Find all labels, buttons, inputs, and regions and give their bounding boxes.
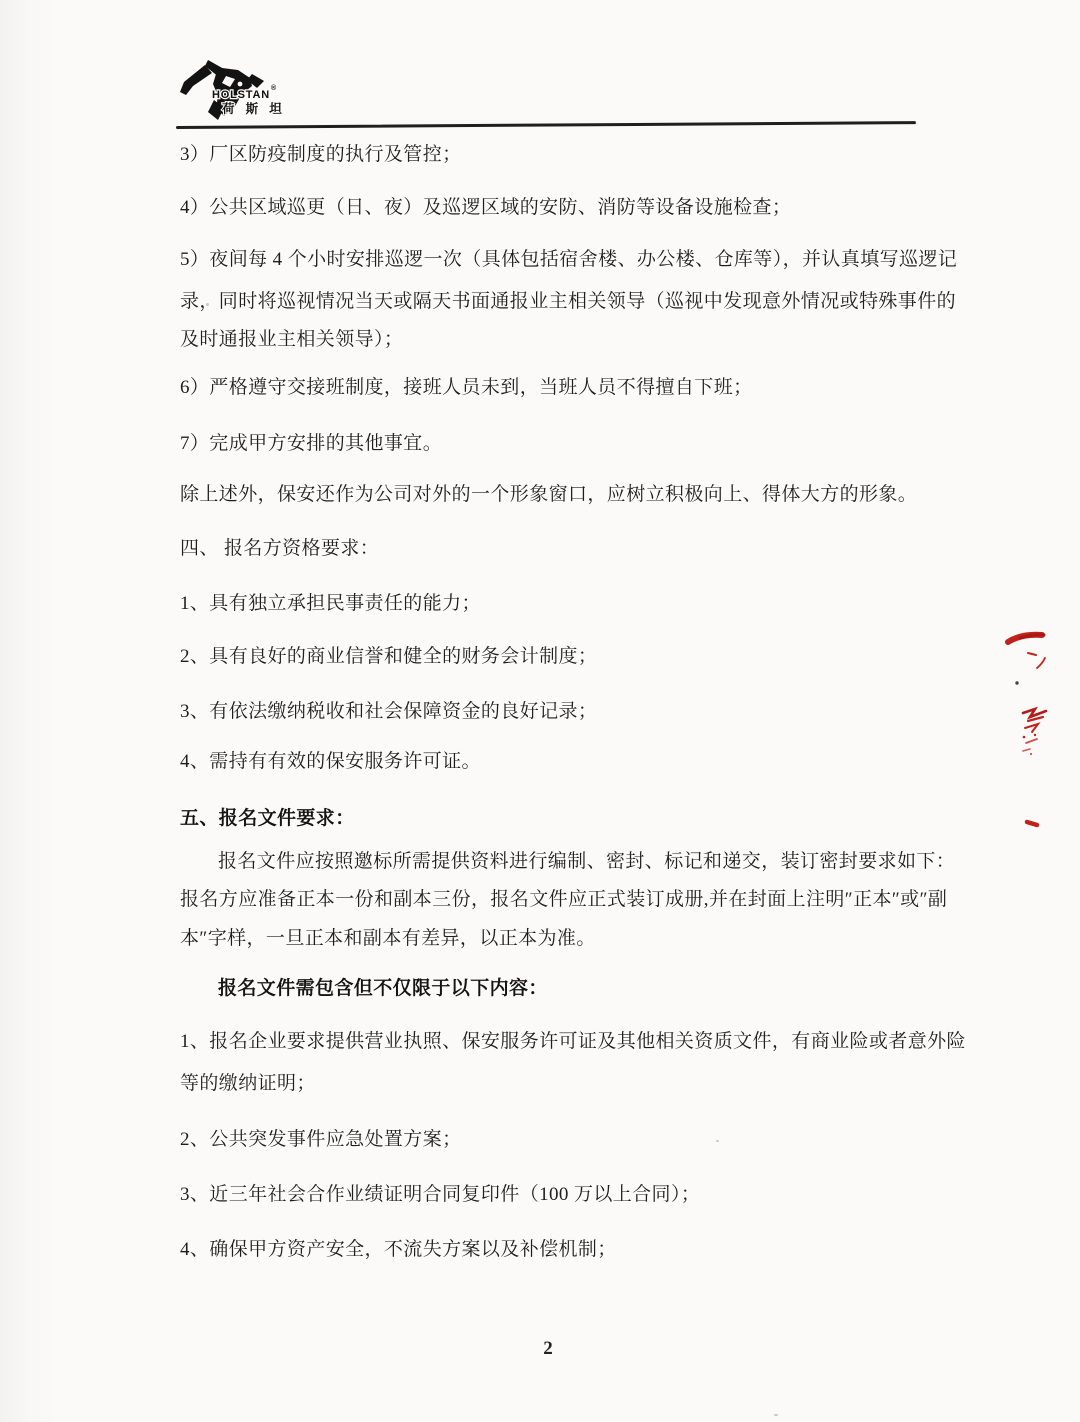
doc-line: 6）严格遵守交接班制度，接班人员未到，当班人员不得擅自下班；: [180, 376, 753, 399]
doc-line: 报名文件需包含但不仅限于以下内容：: [218, 977, 548, 1000]
document-page: HOLSTAN ® 荷 斯 坦 3）厂区防疫制度的执行及管控；4）公共区域巡更（…: [0, 0, 1080, 1422]
doc-line: 3、近三年社会合作业绩证明合同复印件（100 万以上合同）；: [180, 1183, 700, 1206]
doc-line: 五、报名文件要求：: [180, 807, 355, 830]
red-ink-annotations: [1000, 625, 1064, 840]
holstan-logo: HOLSTAN ® 荷 斯 坦: [172, 56, 302, 131]
doc-line: 除上述外，保安还作为公司对外的一个形象窗口，应树立积极向上、得体大方的形象。: [180, 483, 917, 506]
logo-brand-chinese-text: 荷 斯 坦: [222, 101, 286, 116]
scan-speck: [716, 1140, 719, 1142]
red-short-dash: [1027, 822, 1037, 825]
registered-mark-icon: ®: [271, 84, 277, 92]
doc-line: 等的缴纳证明；: [180, 1072, 316, 1095]
doc-line: 4、确保甲方资产安全，不流失方案以及补偿机制；: [180, 1238, 617, 1261]
scan-speck: [774, 1414, 778, 1416]
logo-brand-text: HOLSTAN: [212, 89, 270, 101]
doc-line: 录，同时将巡视情况当天或隔天书面通报业主相关领导（巡视中发现意外情况或特殊事件的: [180, 290, 956, 313]
doc-line: 5）夜间每 4 个小时安排巡逻一次（具体包括宿舍楼、办公楼、仓库等），并认真填写…: [180, 248, 957, 271]
doc-line: 本″字样，一旦正本和副本有差异，以正本为准。: [180, 927, 596, 950]
cow-head-logo-icon: HOLSTAN ® 荷 斯 坦: [172, 56, 302, 131]
doc-line: 2、具有良好的商业信誉和健全的财务会计制度；: [180, 645, 597, 668]
doc-line: 4）公共区域巡更（日、夜）及巡逻区域的安防、消防等设备设施检查；: [180, 196, 791, 219]
doc-line: 及时通报业主相关领导）；: [180, 328, 403, 351]
doc-line: 4、需持有有效的保安服务许可证。: [180, 750, 481, 773]
scan-speck: [206, 303, 209, 306]
pen-dot: [1015, 681, 1018, 684]
doc-line: 2、公共突发事件应急处置方案；: [180, 1128, 462, 1151]
red-handwritten-scribble: [1023, 709, 1046, 755]
red-tick-marks: [1028, 653, 1036, 655]
doc-line: 1、报名企业要求提供营业执照、保安服务许可证及其他相关资质文件，有商业险或者意外…: [180, 1030, 966, 1053]
doc-line: 7）完成甲方安排的其他事宜。: [180, 432, 442, 455]
doc-line: 1、具有独立承担民事责任的能力；: [180, 592, 481, 615]
page-number: 2: [0, 1338, 1080, 1360]
doc-line: 四、 报名方资格要求：: [180, 537, 379, 560]
doc-line: 报名方应准备正本一份和副本三份，报名文件应正式装订成册,并在封面上注明″正本″或…: [180, 888, 947, 911]
doc-line: 3）厂区防疫制度的执行及管控；: [180, 143, 462, 166]
doc-line: 报名文件应按照邀标所需提供资料进行编制、密封、标记和递交，装订密封要求如下：: [218, 850, 955, 873]
doc-line: 3、有依法缴纳税收和社会保障资金的良好记录；: [180, 700, 597, 723]
